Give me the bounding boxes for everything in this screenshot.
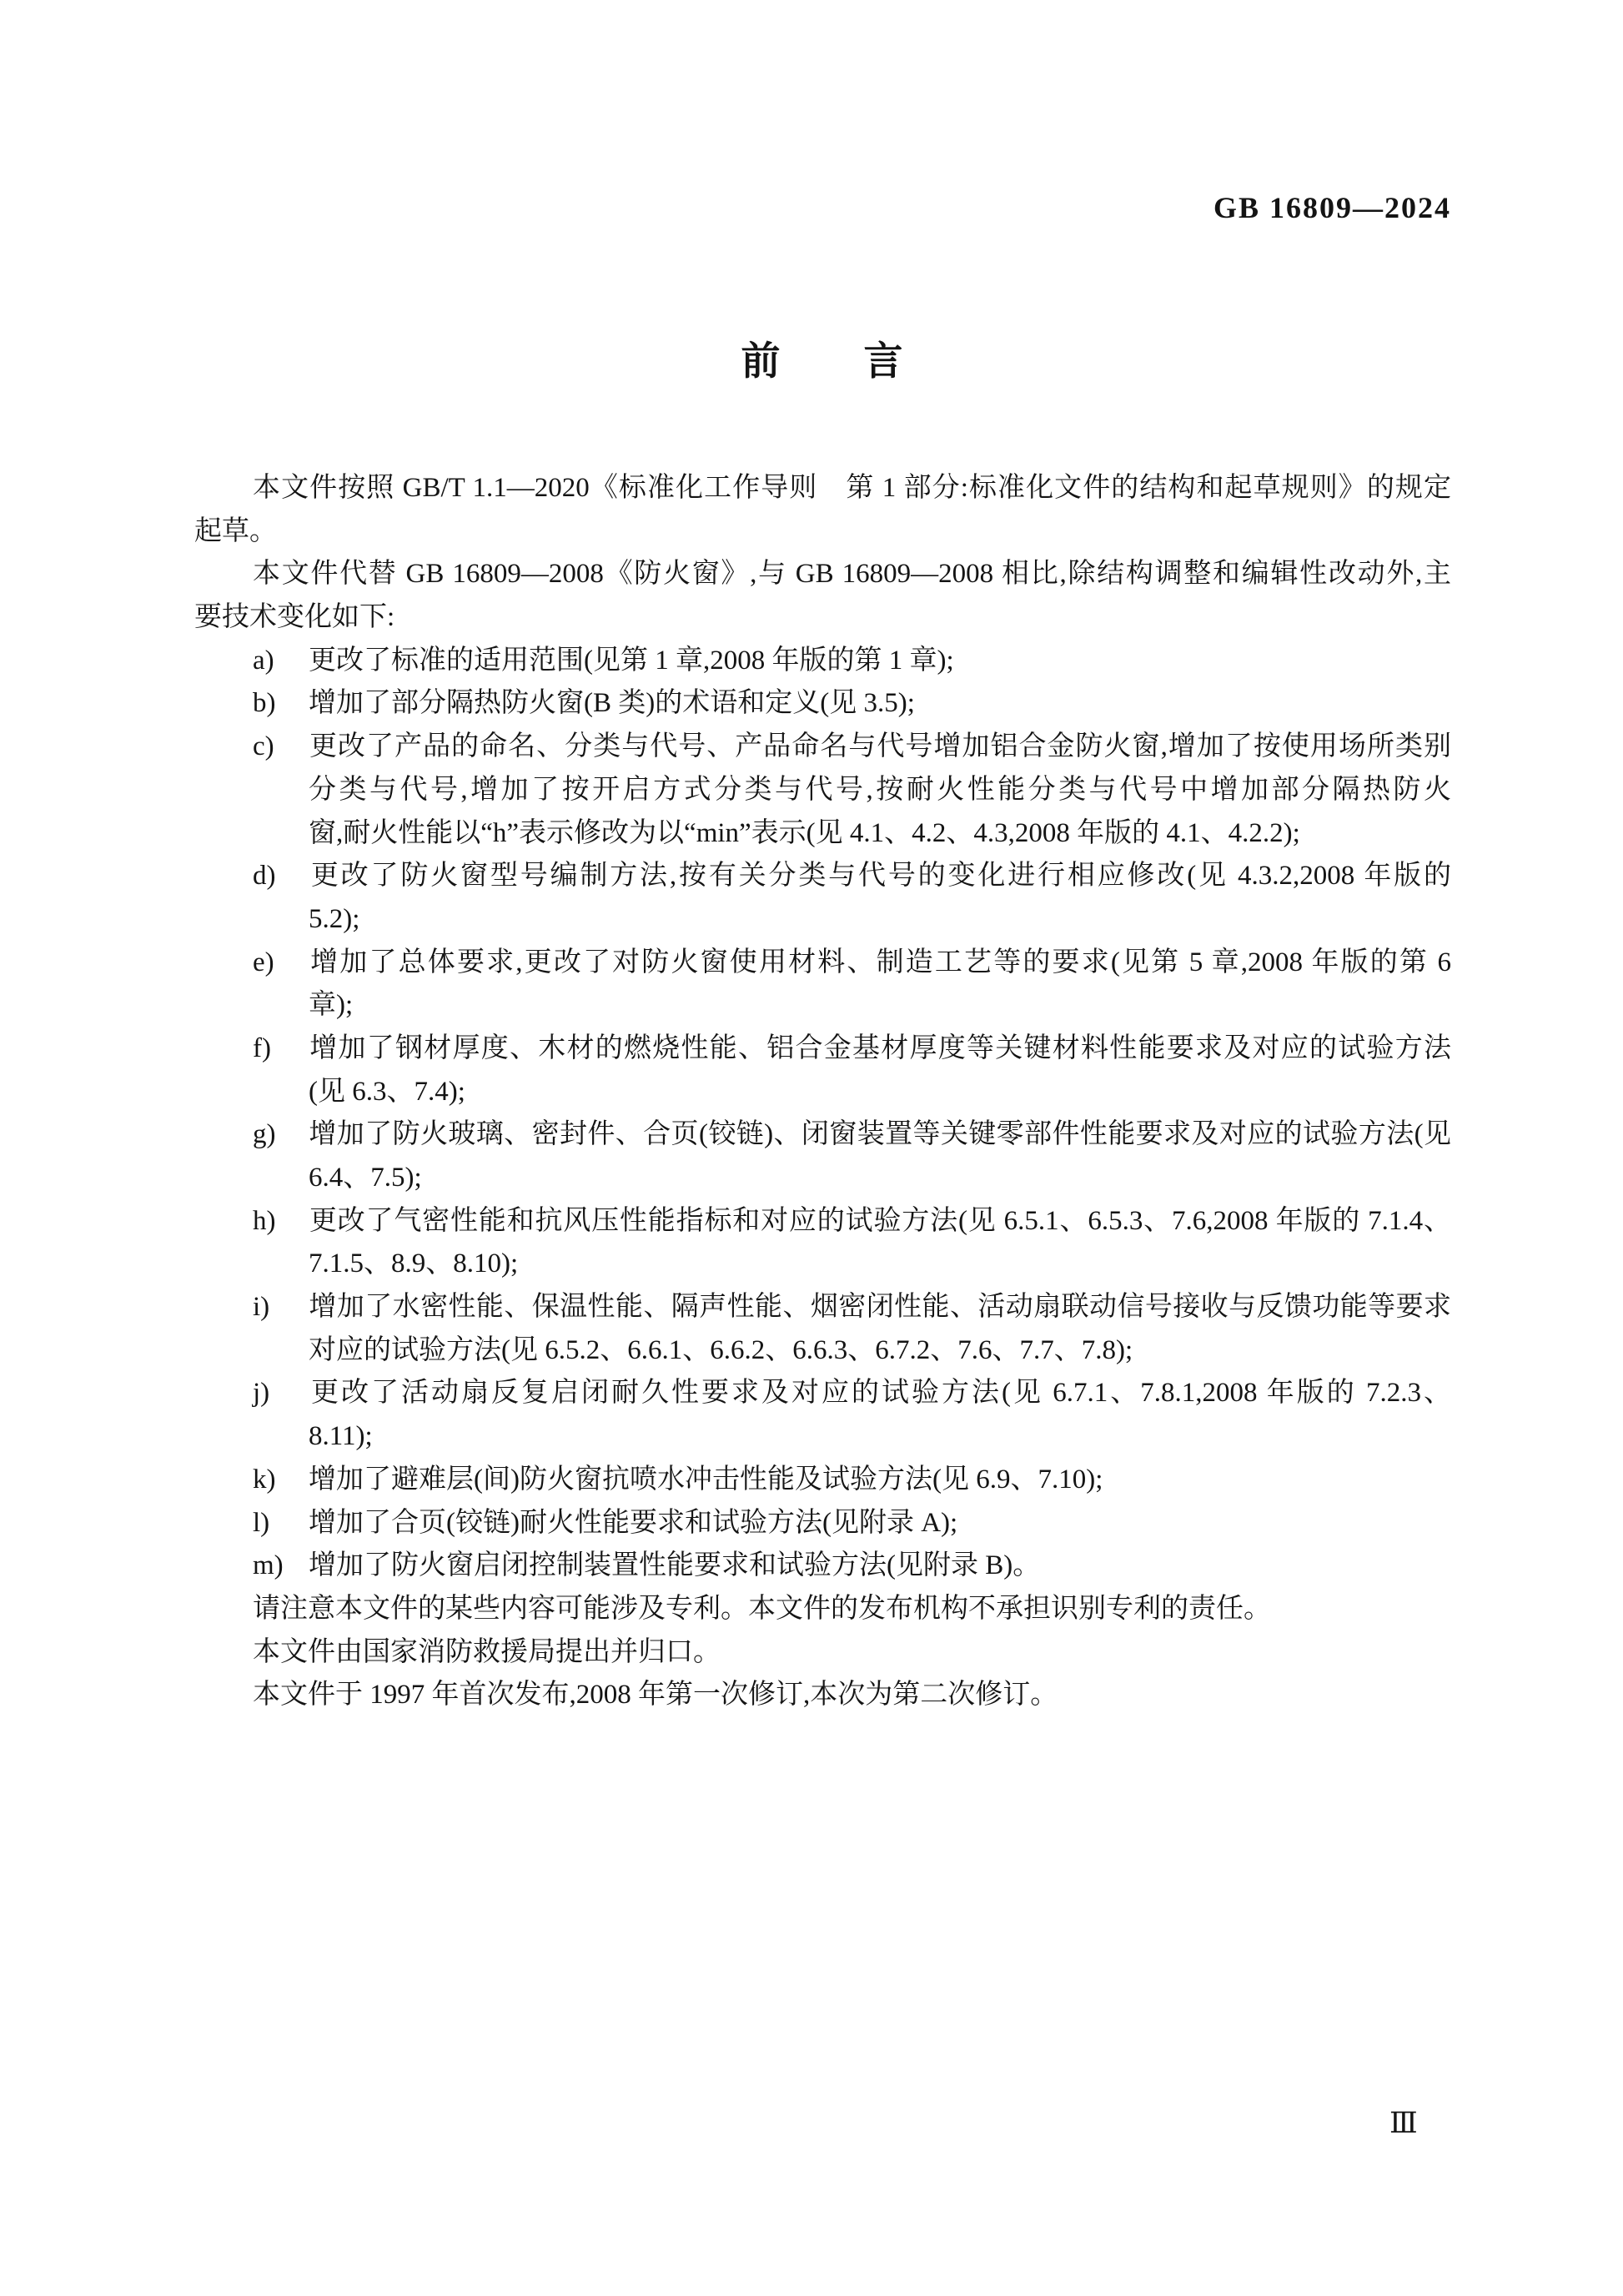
list-item-label: e) [253, 942, 309, 985]
list-item-e: e)增加了总体要求,更改了对防火窗使用材料、制造工艺等的要求(见第 5 章,20… [194, 942, 1451, 985]
list-item-label: i) [253, 1286, 309, 1329]
list-item-m: m)增加了防火窗启闭控制装置性能要求和试验方法(见附录 B)。 [194, 1545, 1451, 1588]
list-item-j: j)更改了活动扇反复启闭耐久性要求及对应的试验方法(见 6.7.1、7.8.1,… [194, 1372, 1451, 1415]
text-line: (见 6.3、7.4); [194, 1071, 1451, 1114]
list-item-label: l) [253, 1502, 309, 1545]
text-line: 请注意本文件的某些内容可能涉及专利。本文件的发布机构不承担识别专利的责任。 [194, 1588, 1451, 1631]
list-item-k: k)增加了避难层(间)防火窗抗喷水冲击性能及试验方法(见 6.9、7.10); [194, 1459, 1451, 1502]
page-title: 前 言 [194, 330, 1451, 386]
list-item-label: j) [253, 1372, 309, 1415]
list-item-label: k) [253, 1459, 309, 1502]
text-line: 对应的试验方法(见 6.5.2、6.6.1、6.6.2、6.6.3、6.7.2、… [194, 1329, 1451, 1373]
list-item-label: a) [253, 640, 309, 683]
list-item-h: h)更改了气密性能和抗风压性能指标和对应的试验方法(见 6.5.1、6.5.3、… [194, 1200, 1451, 1243]
list-item-d: d)更改了防火窗型号编制方法,按有关分类与代号的变化进行相应修改(见 4.3.2… [194, 855, 1451, 898]
list-item-text: 增加了避难层(间)防火窗抗喷水冲击性能及试验方法(见 6.9、7.10); [309, 1465, 1103, 1495]
text-line: 窗,耐火性能以“h”表示修改为以“min”表示(见 4.1、4.2、4.3,20… [194, 812, 1451, 856]
list-item-label: b) [253, 682, 309, 726]
list-item-a: a)更改了标准的适用范围(见第 1 章,2008 年版的第 1 章); [194, 640, 1451, 683]
list-item-label: m) [253, 1545, 309, 1588]
list-item-l: l)增加了合页(铰链)耐火性能要求和试验方法(见附录 A); [194, 1502, 1451, 1545]
text-line: 5.2); [194, 898, 1451, 942]
list-item-text: 增加了总体要求,更改了对防火窗使用材料、制造工艺等的要求(见第 5 章,2008… [309, 947, 1451, 977]
list-item-label: c) [253, 726, 309, 769]
text-line: 起草。 [194, 510, 1451, 554]
body-lines: 本文件按照 GB/T 1.1—2020《标准化工作导则 第 1 部分:标准化文件… [194, 467, 1451, 1717]
list-item-text: 更改了活动扇反复启闭耐久性要求及对应的试验方法(见 6.7.1、7.8.1,20… [309, 1378, 1451, 1408]
list-item-text: 更改了标准的适用范围(见第 1 章,2008 年版的第 1 章); [309, 646, 954, 676]
list-item-text: 增加了防火窗启闭控制装置性能要求和试验方法(见附录 B)。 [309, 1550, 1040, 1580]
list-item-b: b)增加了部分隔热防火窗(B 类)的术语和定义(见 3.5); [194, 682, 1451, 726]
page-number: Ⅲ [1389, 2107, 1419, 2140]
text-line: 本文件按照 GB/T 1.1—2020《标准化工作导则 第 1 部分:标准化文件… [194, 467, 1451, 510]
text-line: 7.1.5、8.9、8.10); [194, 1243, 1451, 1286]
list-item-g: g)增加了防火玻璃、密封件、合页(铰链)、闭窗装置等关键零部件性能要求及对应的试… [194, 1113, 1451, 1157]
list-item-c: c)更改了产品的命名、分类与代号、产品命名与代号增加铝合金防火窗,增加了按使用场… [194, 726, 1451, 769]
list-item-text: 增加了合页(铰链)耐火性能要求和试验方法(见附录 A); [309, 1508, 957, 1538]
standard-code: GB 16809—2024 [1213, 190, 1451, 225]
list-item-text: 更改了气密性能和抗风压性能指标和对应的试验方法(见 6.5.1、6.5.3、7.… [309, 1206, 1451, 1236]
list-item-label: d) [253, 855, 309, 898]
text-line: 本文件由国家消防救援局提出并归口。 [194, 1631, 1451, 1675]
list-item-text: 增加了防火玻璃、密封件、合页(铰链)、闭窗装置等关键零部件性能要求及对应的试验方… [309, 1119, 1451, 1149]
text-line: 分类与代号,增加了按开启方式分类与代号,按耐火性能分类与代号中增加部分隔热防火 [194, 769, 1451, 812]
text-line: 8.11); [194, 1415, 1451, 1459]
list-item-text: 增加了水密性能、保温性能、隔声性能、烟密闭性能、活动扇联动信号接收与反馈功能等要… [194, 1292, 1451, 1329]
list-item-label: g) [253, 1113, 309, 1157]
list-item-label: h) [253, 1200, 309, 1243]
list-item-f: f)增加了钢材厚度、木材的燃烧性能、铝合金基材厚度等关键材料性能要求及对应的试验… [194, 1027, 1451, 1071]
list-item-text: 更改了产品的命名、分类与代号、产品命名与代号增加铝合金防火窗,增加了按使用场所类… [309, 731, 1451, 761]
text-line: 章); [194, 984, 1451, 1027]
text-line: 本文件代替 GB 16809—2008《防火窗》,与 GB 16809—2008… [194, 553, 1451, 596]
list-item-i: i)增加了水密性能、保温性能、隔声性能、烟密闭性能、活动扇联动信号接收与反馈功能… [194, 1286, 1451, 1329]
list-item-label: f) [253, 1027, 309, 1071]
list-item-text: 更改了防火窗型号编制方法,按有关分类与代号的变化进行相应修改(见 4.3.2,2… [309, 861, 1451, 891]
document-page: GB 16809—2024 前 言 本文件按照 GB/T 1.1—2020《标准… [0, 0, 1623, 2296]
list-item-text: 增加了钢材厚度、木材的燃烧性能、铝合金基材厚度等关键材料性能要求及对应的试验方法 [309, 1033, 1451, 1063]
text-line: 本文件于 1997 年首次发布,2008 年第一次修订,本次为第二次修订。 [194, 1674, 1451, 1717]
text-line: 6.4、7.5); [194, 1157, 1451, 1200]
list-item-text: 增加了部分隔热防火窗(B 类)的术语和定义(见 3.5); [309, 688, 915, 718]
text-line: 要技术变化如下: [194, 596, 1451, 640]
